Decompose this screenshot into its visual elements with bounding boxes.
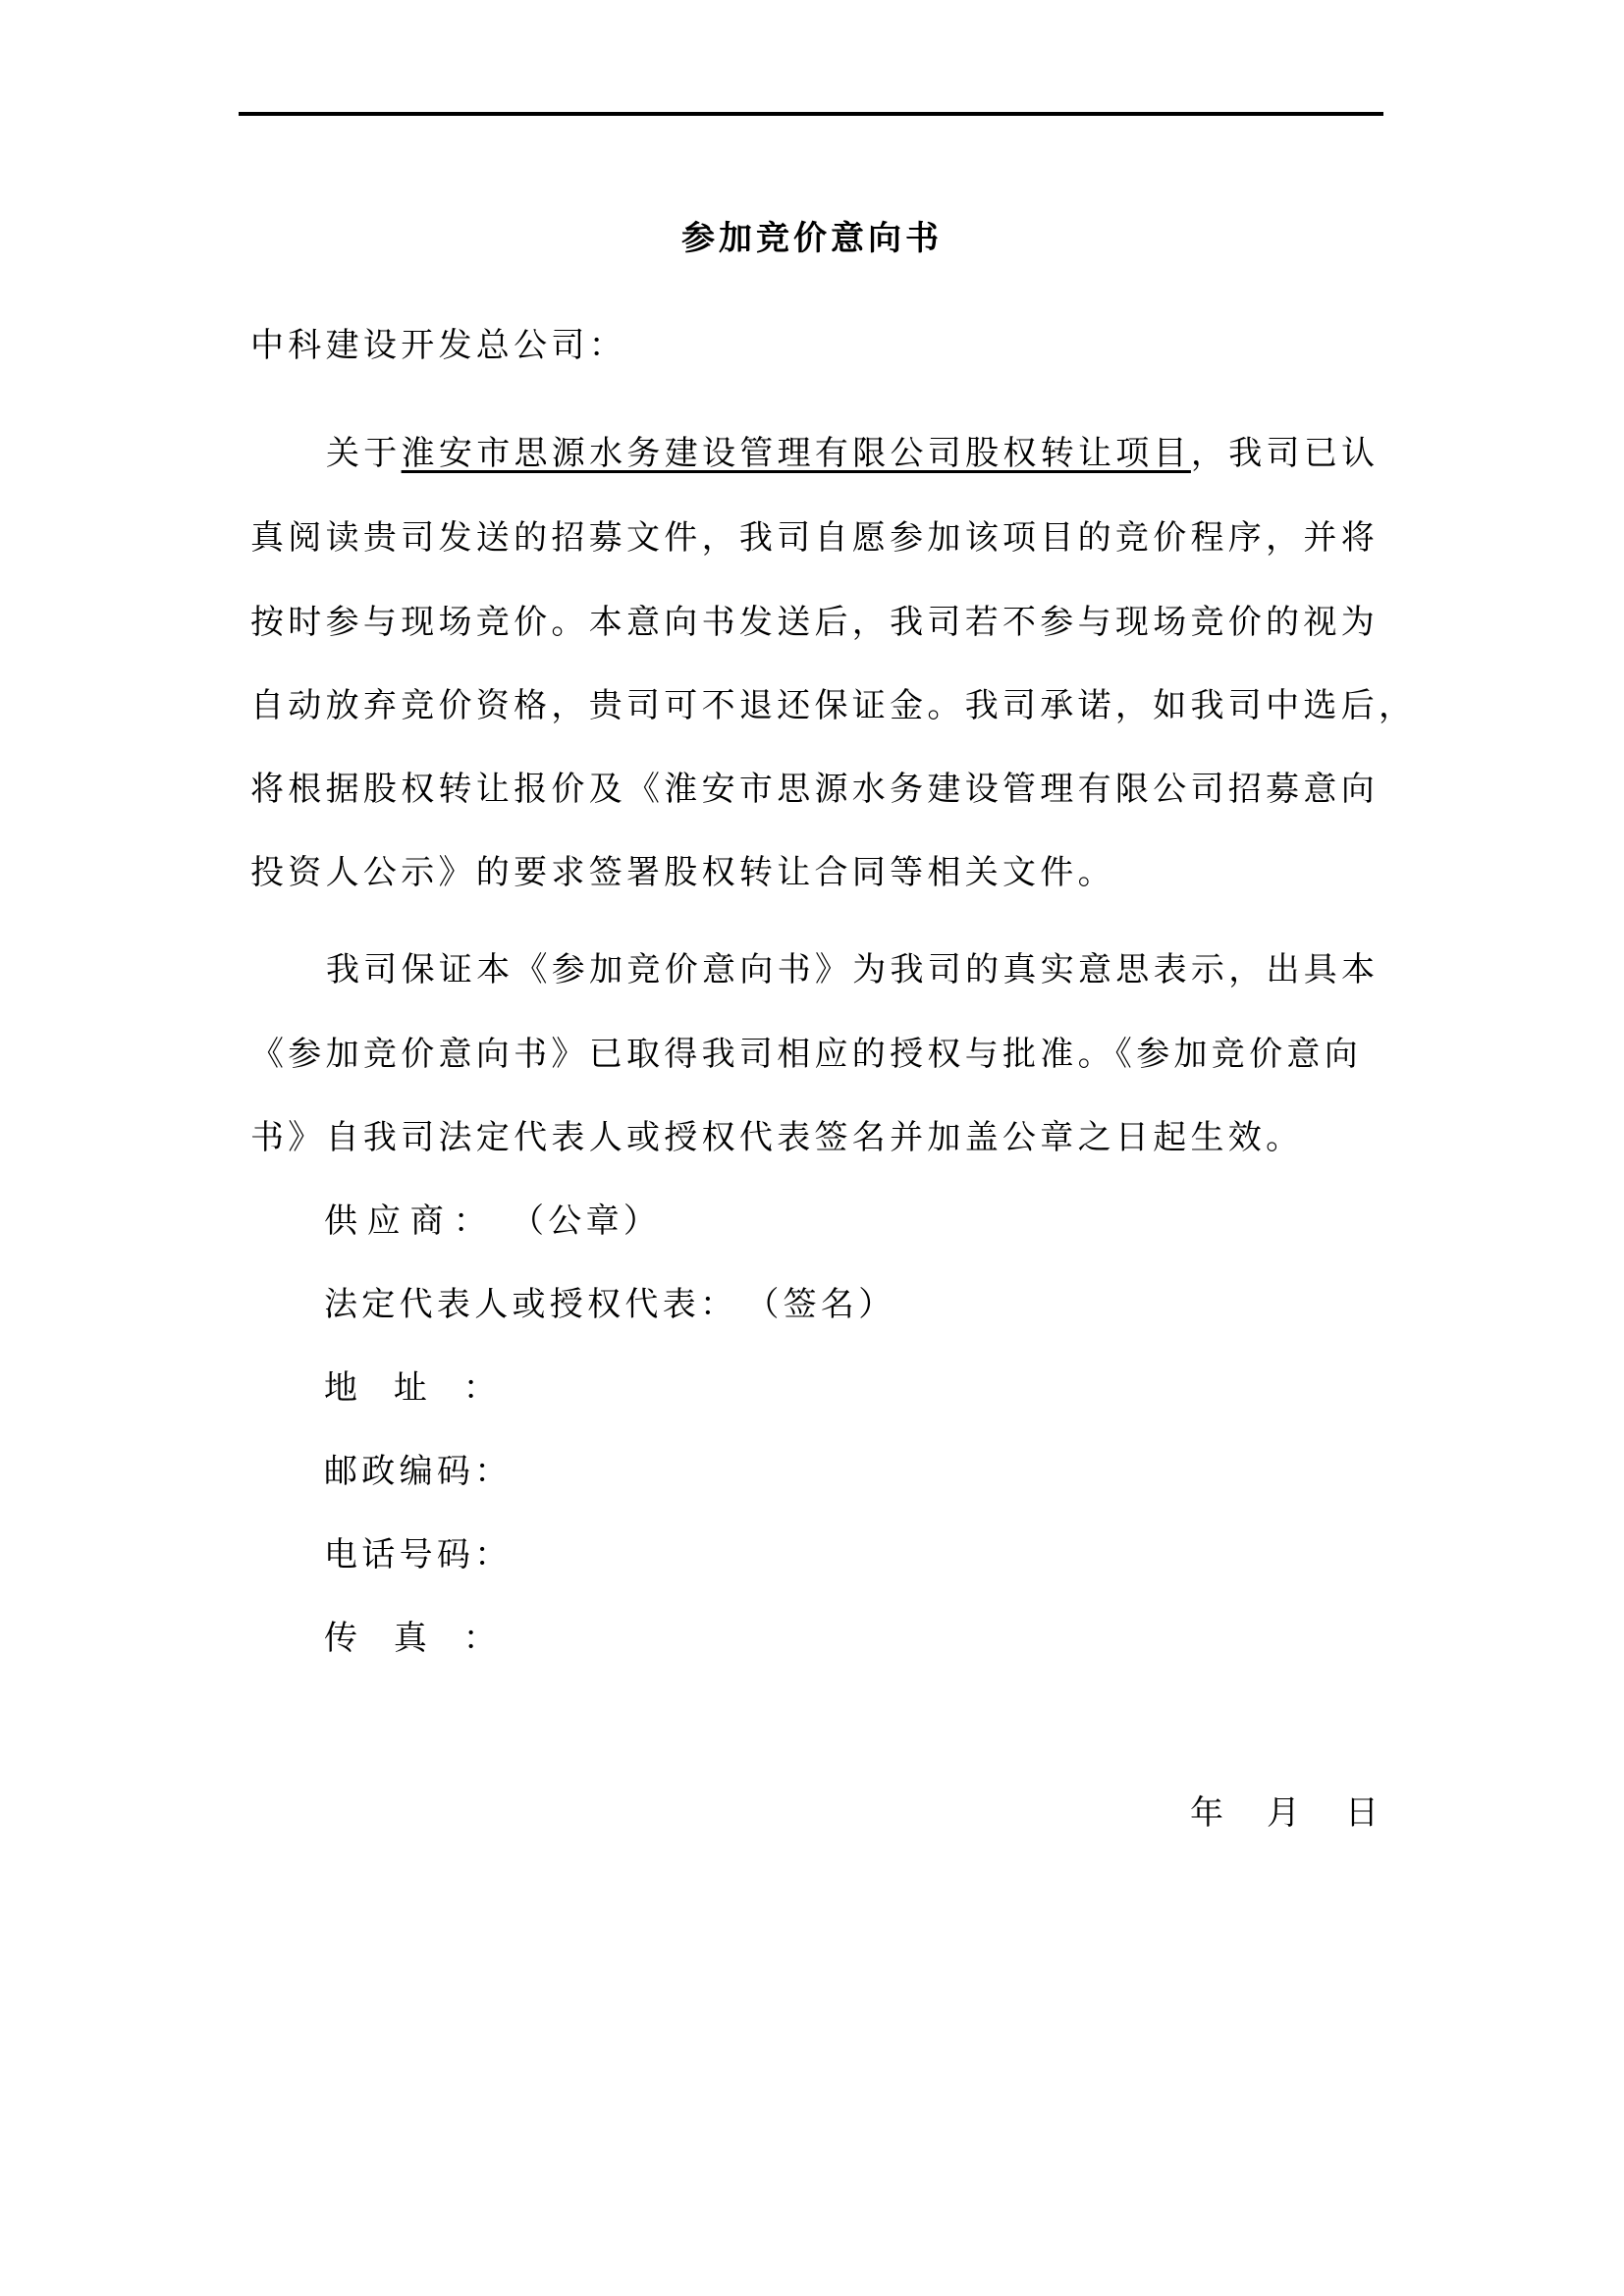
postal-code-label: 邮政编码： bbox=[324, 1452, 513, 1491]
postal-code-row: 邮政编码： bbox=[324, 1450, 513, 1493]
representative-row: 法定代表人或授权代表：（签名） bbox=[324, 1283, 896, 1326]
date-day: 日 bbox=[1345, 1791, 1382, 1835]
paragraph-1-line-6: 投资人公示》的要求签署股权转让合同等相关文件。 bbox=[250, 851, 1115, 894]
phone-row: 电话号码： bbox=[324, 1533, 513, 1576]
date-year: 年 bbox=[1190, 1791, 1227, 1835]
paragraph-1-line-4: 自动放弃竞价资格，贵司可不退还保证金。我司承诺，如我司中选后， bbox=[250, 684, 1416, 727]
salutation: 中科建设开发总公司： bbox=[250, 324, 626, 367]
text-before: 关于 bbox=[326, 434, 402, 473]
supplier-label: 供应商： bbox=[324, 1200, 491, 1243]
project-name-underlined: 淮安市思源水务建设管理有限公司股权转让项目 bbox=[402, 434, 1191, 473]
paragraph-1-line-5: 将根据股权转让报价及《淮安市思源水务建设管理有限公司招募意向 bbox=[250, 768, 1379, 811]
supplier-row: 供应商：（公章） bbox=[324, 1200, 661, 1243]
supplier-seal: （公章） bbox=[511, 1200, 661, 1243]
text-after: ，我司已认 bbox=[1191, 434, 1380, 473]
paragraph-1-line-1: 关于淮安市思源水务建设管理有限公司股权转让项目，我司已认 bbox=[326, 432, 1379, 475]
date-month: 月 bbox=[1267, 1791, 1304, 1835]
paragraph-1-line-3: 按时参与现场竞价。本意向书发送后，我司若不参与现场竞价的视为 bbox=[250, 601, 1379, 644]
fax-label: 传真： bbox=[324, 1617, 501, 1660]
address-label: 地址： bbox=[324, 1366, 501, 1410]
fax-row: 传真： bbox=[324, 1617, 501, 1660]
representative-label: 法定代表人或授权代表： bbox=[324, 1285, 737, 1324]
address-row: 地址： bbox=[324, 1366, 501, 1410]
paragraph-2-line-2: 《参加竞价意向书》已取得我司相应的授权与批准。《参加竞价意向 bbox=[250, 1033, 1362, 1076]
document-title: 参加竞价意向书 bbox=[0, 214, 1624, 263]
representative-signature: （签名） bbox=[745, 1283, 895, 1326]
header-rule bbox=[239, 112, 1383, 116]
phone-label: 电话号码： bbox=[324, 1535, 513, 1575]
paragraph-2-line-1: 我司保证本《参加竞价意向书》为我司的真实意思表示，出具本 bbox=[326, 948, 1379, 991]
paragraph-1-line-2: 真阅读贵司发送的招募文件，我司自愿参加该项目的竞价程序，并将 bbox=[250, 516, 1379, 560]
paragraph-2-line-3: 书》自我司法定代表人或授权代表签名并加盖公章之日起生效。 bbox=[250, 1116, 1303, 1159]
